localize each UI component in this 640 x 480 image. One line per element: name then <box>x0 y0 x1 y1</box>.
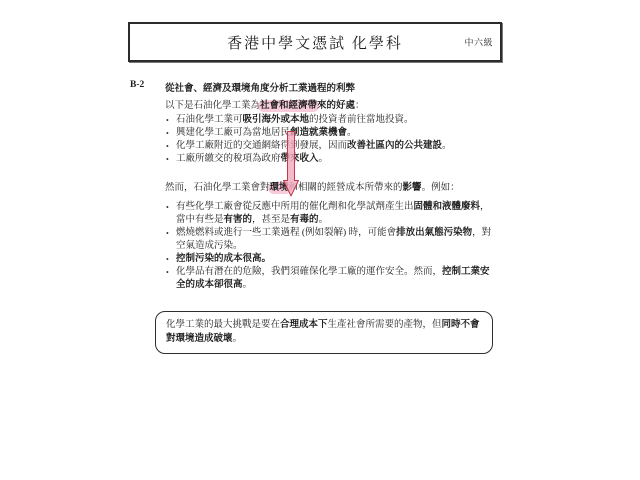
text-segment: 控制污染的成本很高。 <box>176 254 271 264</box>
section-heading: B-2 從社會、經濟及環境角度分析工業過程的利弊 <box>130 80 355 94</box>
text-segment: 燃燒燃料或進行一些工業過程 (例如裂解) 時，可能會 <box>176 228 396 238</box>
drawback-text: 有些化學工廠會從反應中所用的催化劑和化學試劑產生出固體和液體廢料，當中有些是有害… <box>176 202 490 225</box>
section-code: B-2 <box>130 80 165 94</box>
text-segment: 化學品有潛在的危險，我們須確保化學工廠的運作安全。然而， <box>176 267 442 277</box>
text-segment: 興建化學工廠可為當地居民 <box>176 128 290 138</box>
bullet-icon: • <box>166 266 169 279</box>
benefit-text: 工廠所繳交的稅項為政府帶來收入。 <box>176 154 328 164</box>
drawback-text: 控制污染的成本很高。 <box>176 254 271 264</box>
header-banner: 香港中學文憑試 化學科 中六級 <box>128 22 502 62</box>
drawback-text: 化學品有潛在的危險，我們須確保化學工廠的運作安全。然而，控制工業安全的成本卻很高… <box>176 267 490 290</box>
text-segment: 的投資者前往當地投資。 <box>309 115 414 125</box>
text-segment: 化學工廠附近的交通網絡得到發展，因而 <box>176 141 347 151</box>
benefit-item: • 化學工廠附近的交通網絡得到發展，因而改善社區內的公共建設。 <box>165 140 495 153</box>
text-segment: 固體和液體廢料 <box>414 202 481 212</box>
document-page: { "header": { "title": "香港中學文憑試 化學科", "g… <box>0 0 640 480</box>
intro-paragraph: 以下是石油化學工業為社會和經濟帶來的好處： <box>165 100 495 113</box>
content-area: 以下是石油化學工業為社會和經濟帶來的好處： • 石油化學工業可吸引海外或本地的投… <box>165 100 495 292</box>
text-segment: 來的好處 <box>317 101 355 111</box>
text-segment: 石油化學工業可 <box>176 115 243 125</box>
text-segment: ，甚至是 <box>252 215 290 225</box>
text-segment: ： <box>355 101 365 111</box>
section-title: 從社會、經濟及環境角度分析工業過程的利弊 <box>165 80 355 94</box>
drawback-item: • 化學品有潛在的危險，我們須確保化學工廠的運作安全。然而，控制工業安全的成本卻… <box>165 266 495 292</box>
text-segment: 。 <box>243 280 253 290</box>
text-segment: 。 <box>442 141 452 151</box>
text-segment: 。 <box>319 215 329 225</box>
text-segment: 。例如： <box>422 183 460 193</box>
benefit-item: • 石油化學工業可吸引海外或本地的投資者前往當地投資。 <box>165 114 495 127</box>
transition-paragraph: 然而，石油化學工業會對環境和相關的經營成本所帶來的影響。例如： <box>165 182 495 195</box>
bullet-icon: • <box>166 201 169 214</box>
text-segment: 工廠所繳交的稅項為政府 <box>176 154 281 164</box>
text-segment: 。 <box>319 154 329 164</box>
summary-box: 化學工業的最大挑戰是要在合理成本下生產社會所需要的產物，但同時不會對環境造成破壞… <box>155 311 493 354</box>
benefit-text: 興建化學工廠可為當地居民創造就業機會。 <box>176 128 357 138</box>
text-segment: 生產社會所需要的產物，但 <box>328 320 442 330</box>
text-segment: 影響 <box>403 183 422 193</box>
text-segment: 以下是石油化學工業為 <box>165 101 260 111</box>
text-segment: 化學工業的最大挑戰是要在 <box>166 320 280 330</box>
benefit-item: • 興建化學工廠可為當地居民創造就業機會。 <box>165 127 495 140</box>
drawback-text: 燃燒燃料或進行一些工業過程 (例如裂解) 時，可能會排放出氣態污染物，對空氣造成… <box>176 228 491 251</box>
text-segment: 。 <box>233 334 243 344</box>
document-title: 香港中學文憑試 化學科 <box>227 32 403 53</box>
highlighted-text: 環境 <box>268 182 291 194</box>
text-segment: 創造就業機會 <box>290 128 347 138</box>
text-segment: 然而，石油化學工業會對 <box>165 183 270 193</box>
drawback-item: • 控制污染的成本很高。 <box>165 253 495 266</box>
bullet-icon: • <box>166 140 169 153</box>
bullet-icon: • <box>166 253 169 266</box>
text-segment: 合理成本下 <box>280 320 328 330</box>
drawback-item: • 燃燒燃料或進行一些工業過程 (例如裂解) 時，可能會排放出氣態污染物，對空氣… <box>165 227 495 253</box>
benefit-text: 石油化學工業可吸引海外或本地的投資者前往當地投資。 <box>176 115 414 125</box>
benefits-list: • 石油化學工業可吸引海外或本地的投資者前往當地投資。 • 興建化學工廠可為當地… <box>165 114 495 166</box>
text-segment: 帶來收入 <box>281 154 319 164</box>
bullet-icon: • <box>166 227 169 240</box>
bullet-icon: • <box>166 153 169 166</box>
bullet-icon: • <box>166 114 169 127</box>
summary-text: 化學工業的最大挑戰是要在合理成本下生產社會所需要的產物，但同時不會對環境造成破壞… <box>166 320 480 344</box>
benefit-item: • 工廠所繳交的稅項為政府帶來收入。 <box>165 153 495 166</box>
text-segment: 排放出氣態污染物 <box>396 228 472 238</box>
text-segment: 有毒的 <box>290 215 319 225</box>
text-segment: 有些化學工廠會從反應中所用的催化劑和化學試劑產生出 <box>176 202 414 212</box>
text-segment: 。 <box>347 128 357 138</box>
grade-label: 中六級 <box>464 36 493 49</box>
bullet-icon: • <box>166 127 169 140</box>
text-segment: 改善社區內的公共建設 <box>347 141 442 151</box>
drawback-item: • 有些化學工廠會從反應中所用的催化劑和化學試劑產生出固體和液體廢料，當中有些是… <box>165 201 495 227</box>
benefit-text: 化學工廠附近的交通網絡得到發展，因而改善社區內的公共建設。 <box>176 141 452 151</box>
drawbacks-list: • 有些化學工廠會從反應中所用的催化劑和化學試劑產生出固體和液體廢料，當中有些是… <box>165 201 495 292</box>
text-segment: 吸引海外或本地 <box>243 115 310 125</box>
text-segment: 有害的 <box>224 215 253 225</box>
highlighted-text: 社會和經濟帶 <box>258 100 319 112</box>
text-segment: 和相關的經營成本所帶來的 <box>289 183 403 193</box>
